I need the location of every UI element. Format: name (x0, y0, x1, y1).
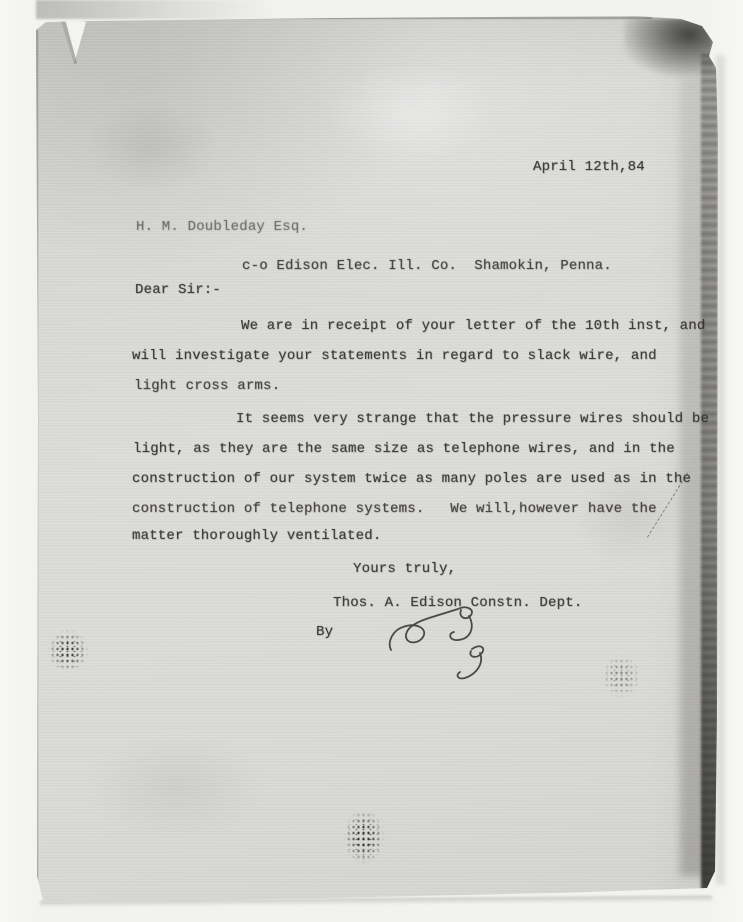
closing-line: Yours truly, (353, 560, 456, 578)
body-line: construction of our system twice as many… (132, 470, 691, 488)
recipient-line: H. M. Doubleday Esq. (136, 218, 308, 236)
signature-scrawl-icon (388, 602, 498, 692)
body-line: light cross arms. (134, 377, 280, 395)
body-line: We are in receipt of your letter of the … (241, 317, 705, 335)
body-line: will investigate your statements in rega… (132, 347, 657, 365)
letter-text: April 12th,84 H. M. Doubleday Esq. c-o E… (36, 16, 718, 904)
scan-top-shadow (36, 0, 276, 19)
scan-background: April 12th,84 H. M. Doubleday Esq. c-o E… (0, 0, 743, 922)
care-of-line: c-o Edison Elec. Ill. Co. Shamokin, Penn… (242, 257, 612, 275)
body-line: matter thoroughly ventilated. (132, 527, 381, 545)
salutation-line: Dear Sir:- (135, 281, 221, 299)
letter-paper: April 12th,84 H. M. Doubleday Esq. c-o E… (36, 16, 718, 904)
body-line: It seems very strange that the pressure … (236, 410, 709, 428)
date-line: April 12th,84 (533, 158, 645, 176)
body-line: light, as they are the same size as tele… (133, 440, 675, 458)
by-label: By (316, 623, 333, 641)
body-line: construction of telephone systems. We wi… (132, 500, 657, 518)
